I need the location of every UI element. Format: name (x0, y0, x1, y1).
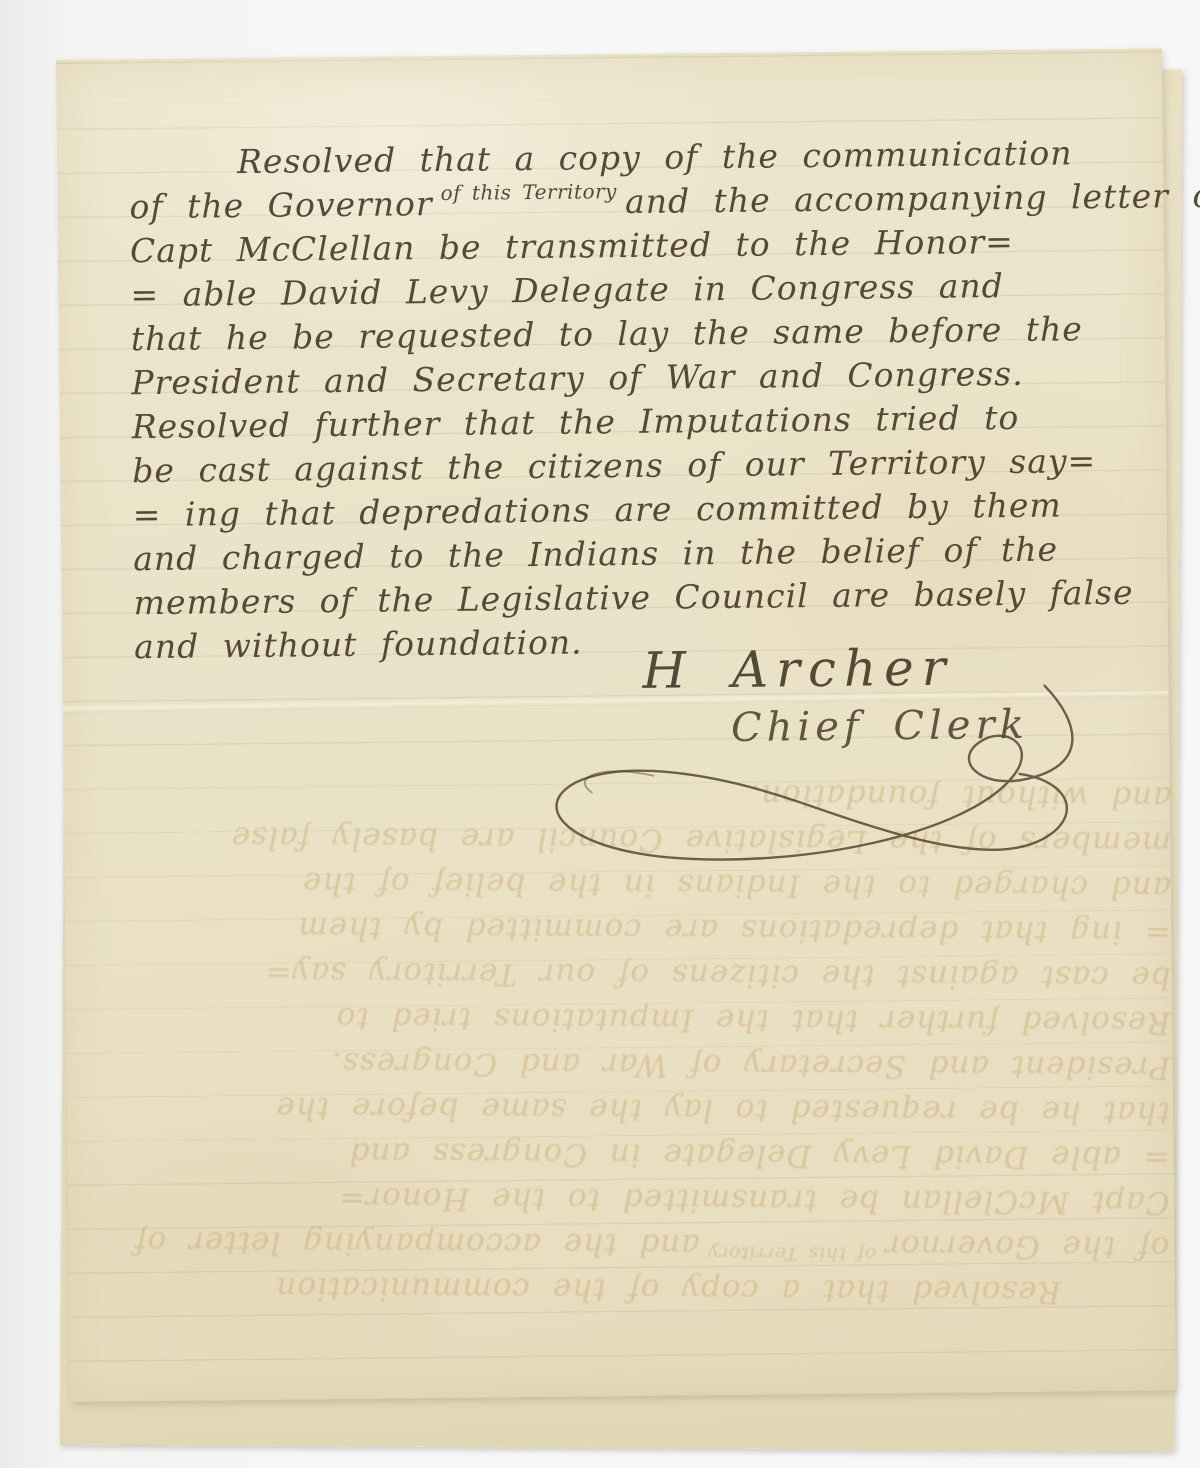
manuscript-line: be cast against the citizens of our Terr… (125, 949, 1171, 999)
manuscript-line-text: = able David Levy Delegate in Congress a… (349, 1135, 1170, 1175)
manuscript-sheet: Resolved that a copy of the communicatio… (56, 48, 1176, 1402)
manuscript-line: Resolved that a copy of the communicatio… (123, 1264, 1169, 1314)
manuscript-line: = ing that depredations are committed by… (125, 904, 1171, 954)
signature-flourish (533, 675, 1080, 901)
manuscript-line: President and Secretary of War and Congr… (124, 1039, 1170, 1089)
manuscript-line: of the Governorof this Territoryand the … (123, 1219, 1169, 1269)
manuscript-line-text: Capt McClellan be transmitted to the Hon… (130, 222, 1014, 270)
manuscript-line-text: = ing that depredations are committed by… (297, 910, 1171, 951)
interlinear-insertion: of this Territory (440, 179, 617, 205)
manuscript-line: Capt McClellan be transmitted to the Hon… (123, 1174, 1169, 1224)
manuscript-line-text: and the accompanying letter of (625, 176, 1200, 221)
manuscript-line: Resolved further that the Imputations tr… (124, 994, 1170, 1044)
manuscript-line: that he be requested to lay the same bef… (124, 1084, 1170, 1134)
manuscript-line-text: of the Governor (129, 184, 433, 226)
manuscript-line-text: President and Secretary of War and Congr… (331, 1045, 1170, 1085)
manuscript-line-text: that he be requested to lay the same bef… (275, 1090, 1170, 1131)
manuscript-line-text: of the Governor (884, 1228, 1169, 1265)
manuscript-line-text: Resolved that a copy of the communicatio… (275, 1270, 1061, 1310)
manuscript-line-text: = ing that depredations are committed by… (133, 485, 1062, 534)
manuscript-line-text: and without foundation. (134, 623, 583, 667)
manuscript-line: and without foundation. (134, 615, 1144, 670)
manuscript-line-text: that he be requested to lay the same bef… (131, 309, 1083, 358)
manuscript-line-text: Resolved further that the Imputations tr… (132, 398, 1020, 446)
manuscript-line-text: and the accompanying letter of (134, 1224, 700, 1263)
manuscript-line-text: Capt McClellan be transmitted to the Hon… (338, 1180, 1169, 1220)
manuscript-line-text: be cast against the citizens of our Terr… (132, 441, 1096, 490)
manuscript-text: Resolved that a copy of the communicatio… (129, 131, 1144, 670)
interlinear-insertion: of this Territory (708, 1242, 876, 1265)
manuscript-line-text: and charged to the Indians in the belief… (133, 530, 1058, 579)
manuscript-line-text: members of the Legislative Council are b… (133, 573, 1133, 622)
manuscript-line-text: Resolved further that the Imputations tr… (336, 1000, 1171, 1040)
manuscript-line: = able David Levy Delegate in Congress a… (124, 1129, 1170, 1179)
manuscript-line-text: Resolved that a copy of the communicatio… (237, 133, 1073, 181)
manuscript-line-text: = able David Levy Delegate in Congress a… (130, 266, 1004, 314)
manuscript-line-text: President and Secretary of War and Congr… (131, 354, 1024, 402)
manuscript-line-text: be cast against the citizens of our Terr… (264, 955, 1171, 996)
